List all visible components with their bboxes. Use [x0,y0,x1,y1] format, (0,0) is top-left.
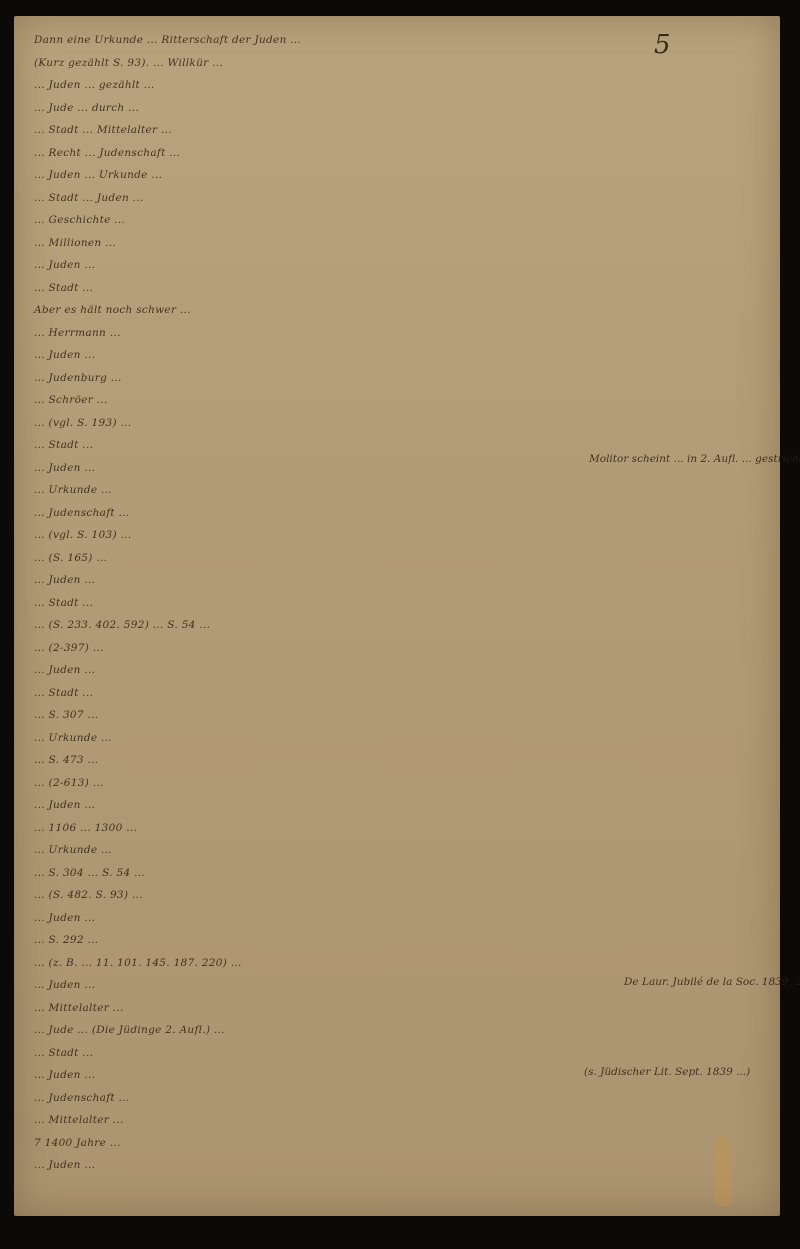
text-line: ... Juden ... [34,979,95,991]
text-line: Dann eine Urkunde ... Ritterschaft der J… [34,34,301,46]
text-line: ... (S. 165) ... [34,552,107,564]
text-line: ... Judenburg ... [34,372,122,384]
text-line: ... S. 307 ... [34,709,98,721]
margin-note-3: (s. Jüdischer Lit. Sept. 1839 ...) [584,1066,750,1078]
text-line: ... Juden ... [34,1159,95,1171]
text-line: ... (S. 482. S. 93) ... [34,889,143,901]
text-line: ... (z. B. ... 11. 101. 145. 187. 220) .… [34,957,242,969]
text-line: ... Urkunde ... [34,484,112,496]
text-line: ... (vgl. S. 193) ... [34,417,131,429]
paper-stain [714,1136,732,1206]
text-line: ... S. 473 ... [34,754,98,766]
manuscript-page: 5 Dann eine Urkunde ... Ritterschaft der… [14,16,780,1216]
text-line: 7 1400 Jahre ... [34,1137,121,1149]
text-line: ... Mittelalter ... [34,1114,124,1126]
text-line: ... Stadt ... [34,597,93,609]
text-line: ... Judenschaft ... [34,1092,129,1104]
text-line: ... Juden ... [34,462,95,474]
text-line: ... Millionen ... [34,237,116,249]
text-line: ... Stadt ... Juden ... [34,192,144,204]
text-line: ... Juden ... [34,799,95,811]
margin-note-2: De Laur. Jubilé de la Soc. 1839. 26 oct.… [624,976,800,988]
text-line: ... 1106 ... 1300 ... [34,822,137,834]
text-line: ... Geschichte ... [34,214,125,226]
text-line: ... Juden ... [34,259,95,271]
text-line: ... Herrmann ... [34,327,121,339]
text-line: ... (2-613) ... [34,777,104,789]
text-line: ... Judenschaft ... [34,507,129,519]
text-line: (Kurz gezählt S. 93). ... Willkür ... [34,57,223,69]
text-line: ... Stadt ... [34,439,93,451]
text-line: ... Urkunde ... [34,844,112,856]
page-number: 5 [654,30,671,60]
text-line: ... Stadt ... Mittelalter ... [34,124,172,136]
text-line: ... (S. 233. 402. 592) ... S. 54 ... [34,619,210,631]
text-line: ... Juden ... [34,664,95,676]
text-line: ... S. 292 ... [34,934,98,946]
text-line: ... Jude ... (Die Jüdinge 2. Aufl.) ... [34,1024,225,1036]
text-line: ... Urkunde ... [34,732,112,744]
text-line: ... Stadt ... [34,282,93,294]
text-line: ... Jude ... durch ... [34,102,139,114]
text-line: ... Schröer ... [34,394,108,406]
text-line: ... (2-397) ... [34,642,104,654]
text-line: ... Mittelalter ... [34,1002,124,1014]
text-line: ... Stadt ... [34,1047,93,1059]
text-line: ... Juden ... [34,574,95,586]
text-line: ... Stadt ... [34,687,93,699]
text-line: ... Recht ... Judenschaft ... [34,147,180,159]
text-line: ... Juden ... Urkunde ... [34,169,162,181]
text-line: ... Juden ... gezählt ... [34,79,155,91]
text-line: ... Juden ... [34,912,95,924]
text-line: ... (vgl. S. 103) ... [34,529,131,541]
text-line: ... Juden ... [34,1069,95,1081]
text-line: ... Juden ... [34,349,95,361]
text-line: Aber es hält noch schwer ... [34,304,191,316]
text-line: ... S. 304 ... S. 54 ... [34,867,145,879]
margin-note-1: Molitor scheint ... in 2. Aufl. ... gest… [589,453,800,465]
